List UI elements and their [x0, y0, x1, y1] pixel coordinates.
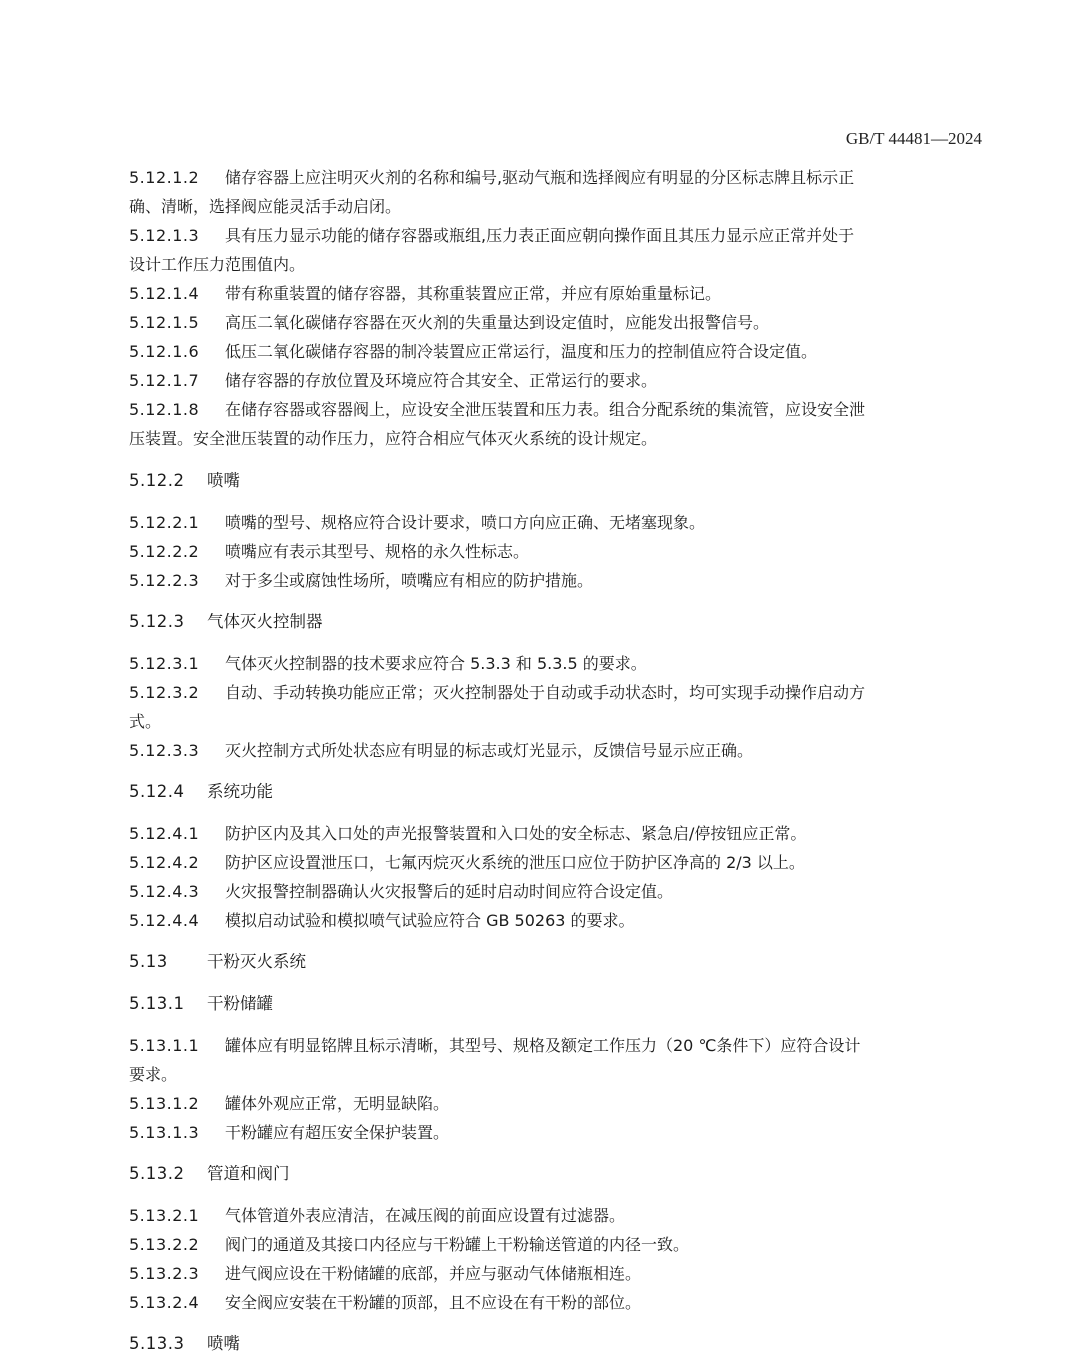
- clause: 5.12.3.3灭火控制方式所处状态应有明显的标志或灯光显示，反馈信号显示应正确…: [129, 741, 753, 761]
- clause: 5.12.4.4模拟启动试验和模拟喷气试验应符合 GB 50263 的要求。: [129, 911, 635, 931]
- clause-text: 确、清晰，选择阀应能灵活手动启闭。: [129, 197, 401, 216]
- clause-number: 5.12.3: [129, 612, 207, 632]
- clause-number: 5.12.4.3: [129, 882, 225, 902]
- clause: 5.13.2.2阀门的通道及其接口内径应与干粉罐上干粉输送管道的内径一致。: [129, 1235, 689, 1255]
- clause-text: 喷嘴: [207, 471, 240, 490]
- clause-number: 5.12.2.3: [129, 571, 225, 591]
- clause: 5.12.1.5高压二氧化碳储存容器在灭火剂的失重量达到设定值时，应能发出报警信…: [129, 313, 769, 333]
- clause-text: 罐体应有明显铭牌且标示清晰，其型号、规格及额定工作压力（20 ℃条件下）应符合设…: [225, 1036, 860, 1055]
- clause-number: 5.12.1.4: [129, 284, 225, 304]
- clause-text: 储存容器的存放位置及环境应符合其安全、正常运行的要求。: [225, 371, 657, 390]
- clause-continuation: 式。: [129, 712, 161, 732]
- clause-number: 5.12.4.2: [129, 853, 225, 873]
- clause: 5.13.2.4安全阀应安装在干粉罐的顶部，且不应设在有干粉的部位。: [129, 1293, 641, 1313]
- clause-text: 具有压力显示功能的储存容器或瓶组,压力表正面应朝向操作面且其压力显示应正常并处于: [225, 226, 854, 245]
- clause-continuation: 要求。: [129, 1065, 177, 1085]
- clause-text: 安全阀应安装在干粉罐的顶部，且不应设在有干粉的部位。: [225, 1293, 641, 1312]
- clause: 5.12.1.7储存容器的存放位置及环境应符合其安全、正常运行的要求。: [129, 371, 657, 391]
- clause: 5.12.4.2防护区应设置泄压口，七氟丙烷灭火系统的泄压口应位于防护区净高的 …: [129, 853, 805, 873]
- clause-number: 5.12.1.6: [129, 342, 225, 362]
- clause-text: 喷嘴: [207, 1334, 240, 1353]
- clause-number: 5.12.3.1: [129, 654, 225, 674]
- clause-number: 5.13.2: [129, 1164, 207, 1184]
- clause-text: 在储存容器或容器阀上，应设安全泄压装置和压力表。组合分配系统的集流管，应设安全泄: [225, 400, 865, 419]
- clause: 5.13.1.1罐体应有明显铭牌且标示清晰，其型号、规格及额定工作压力（20 ℃…: [129, 1036, 860, 1056]
- clause-number: 5.13.1.1: [129, 1036, 225, 1056]
- clause: 5.13.2.1气体管道外表应清洁，在减压阀的前面应设置有过滤器。: [129, 1206, 625, 1226]
- clause-number: 5.12.2.1: [129, 513, 225, 533]
- clause-number: 5.13.1: [129, 994, 207, 1014]
- clause: 5.13.2.3进气阀应设在干粉储罐的底部，并应与驱动气体储瓶相连。: [129, 1264, 641, 1284]
- clause-text: 高压二氧化碳储存容器在灭火剂的失重量达到设定值时，应能发出报警信号。: [225, 313, 769, 332]
- clause-number: 5.13: [129, 952, 207, 972]
- clause-text: 气体灭火控制器: [207, 612, 323, 631]
- clause-text: 带有称重装置的储存容器，其称重装置应正常，并应有原始重量标记。: [225, 284, 721, 303]
- clause-continuation: 确、清晰，选择阀应能灵活手动启闭。: [129, 197, 401, 217]
- clause: 5.12.1.2储存容器上应注明灭火剂的名称和编号,驱动气瓶和选择阀应有明显的分…: [129, 168, 854, 188]
- section-heading: 5.12.4系统功能: [129, 782, 273, 802]
- clause-continuation: 设计工作压力范围值内。: [129, 255, 305, 275]
- section-heading: 5.13干粉灭火系统: [129, 952, 306, 972]
- clause-number: 5.13.2.3: [129, 1264, 225, 1284]
- clause-text: 对于多尘或腐蚀性场所，喷嘴应有相应的防护措施。: [225, 571, 593, 590]
- clause-text: 干粉罐应有超压安全保护装置。: [225, 1123, 449, 1142]
- clause-text: 罐体外观应正常，无明显缺陷。: [225, 1094, 449, 1113]
- clause-number: 5.13.1.2: [129, 1094, 225, 1114]
- clause-text: 喷嘴应有表示其型号、规格的永久性标志。: [225, 542, 529, 561]
- clause-text: 进气阀应设在干粉储罐的底部，并应与驱动气体储瓶相连。: [225, 1264, 641, 1283]
- clause-text: 要求。: [129, 1065, 177, 1084]
- clause-number: 5.12.2.2: [129, 542, 225, 562]
- clause: 5.12.2.3对于多尘或腐蚀性场所，喷嘴应有相应的防护措施。: [129, 571, 593, 591]
- clause: 5.12.1.6低压二氧化碳储存容器的制冷装置应正常运行，温度和压力的控制值应符…: [129, 342, 817, 362]
- clause-text: 模拟启动试验和模拟喷气试验应符合 GB 50263 的要求。: [225, 911, 635, 930]
- section-heading: 5.12.2喷嘴: [129, 471, 240, 491]
- clause-text: 式。: [129, 712, 161, 731]
- section-heading: 5.13.1干粉储罐: [129, 994, 273, 1014]
- clause-text: 防护区内及其入口处的声光报警装置和入口处的安全标志、紧急启/停按钮应正常。: [225, 824, 806, 843]
- clause-text: 气体管道外表应清洁，在减压阀的前面应设置有过滤器。: [225, 1206, 625, 1225]
- clause-text: 气体灭火控制器的技术要求应符合 5.3.3 和 5.3.5 的要求。: [225, 654, 647, 673]
- clause-text: 喷嘴的型号、规格应符合设计要求，喷口方向应正确、无堵塞现象。: [225, 513, 705, 532]
- clause-text: 低压二氧化碳储存容器的制冷装置应正常运行，温度和压力的控制值应符合设定值。: [225, 342, 817, 361]
- section-heading: 5.13.3喷嘴: [129, 1334, 240, 1354]
- clause-number: 5.12.1.2: [129, 168, 225, 188]
- clause: 5.12.3.2自动、手动转换功能应正常；灭火控制器处于自动或手动状态时，均可实…: [129, 683, 865, 703]
- clause: 5.12.3.1气体灭火控制器的技术要求应符合 5.3.3 和 5.3.5 的要…: [129, 654, 647, 674]
- clause-number: 5.12.1.5: [129, 313, 225, 333]
- clause-number: 5.12.3.2: [129, 683, 225, 703]
- clause-text: 压装置。安全泄压装置的动作压力，应符合相应气体灭火系统的设计规定。: [129, 429, 657, 448]
- clause-number: 5.13.1.3: [129, 1123, 225, 1143]
- clause-text: 干粉灭火系统: [207, 952, 306, 971]
- clause-text: 系统功能: [207, 782, 273, 801]
- clause-number: 5.12.1.3: [129, 226, 225, 246]
- clause-number: 5.13.2.2: [129, 1235, 225, 1255]
- clause: 5.12.1.3具有压力显示功能的储存容器或瓶组,压力表正面应朝向操作面且其压力…: [129, 226, 854, 246]
- clause: 5.12.2.2喷嘴应有表示其型号、规格的永久性标志。: [129, 542, 529, 562]
- clause: 5.13.1.2罐体外观应正常，无明显缺陷。: [129, 1094, 449, 1114]
- clause-text: 自动、手动转换功能应正常；灭火控制器处于自动或手动状态时，均可实现手动操作启动方: [225, 683, 865, 702]
- clause-number: 5.12.2: [129, 471, 207, 491]
- section-heading: 5.13.2管道和阀门: [129, 1164, 290, 1184]
- clause: 5.12.1.8在储存容器或容器阀上，应设安全泄压装置和压力表。组合分配系统的集…: [129, 400, 865, 420]
- clause-continuation: 压装置。安全泄压装置的动作压力，应符合相应气体灭火系统的设计规定。: [129, 429, 657, 449]
- clause-number: 5.12.1.8: [129, 400, 225, 420]
- clause-text: 阀门的通道及其接口内径应与干粉罐上干粉输送管道的内径一致。: [225, 1235, 689, 1254]
- clause-number: 5.12.4: [129, 782, 207, 802]
- clause: 5.12.1.4带有称重装置的储存容器，其称重装置应正常，并应有原始重量标记。: [129, 284, 721, 304]
- clause-text: 火灾报警控制器确认火灾报警后的延时启动时间应符合设定值。: [225, 882, 673, 901]
- clause-text: 储存容器上应注明灭火剂的名称和编号,驱动气瓶和选择阀应有明显的分区标志牌且标示正: [225, 168, 854, 187]
- clause-number: 5.12.3.3: [129, 741, 225, 761]
- clause-text: 设计工作压力范围值内。: [129, 255, 305, 274]
- section-heading: 5.12.3气体灭火控制器: [129, 612, 323, 632]
- clause: 5.13.1.3干粉罐应有超压安全保护装置。: [129, 1123, 449, 1143]
- clause-text: 防护区应设置泄压口，七氟丙烷灭火系统的泄压口应位于防护区净高的 2/3 以上。: [225, 853, 805, 872]
- clause-number: 5.13.2.4: [129, 1293, 225, 1313]
- clause-number: 5.13.3: [129, 1334, 207, 1354]
- clause: 5.12.4.1防护区内及其入口处的声光报警装置和入口处的安全标志、紧急启/停按…: [129, 824, 806, 844]
- clause: 5.12.2.1喷嘴的型号、规格应符合设计要求，喷口方向应正确、无堵塞现象。: [129, 513, 705, 533]
- clause-number: 5.13.2.1: [129, 1206, 225, 1226]
- clause-text: 管道和阀门: [207, 1164, 290, 1183]
- clause-number: 5.12.1.7: [129, 371, 225, 391]
- clause-text: 干粉储罐: [207, 994, 273, 1013]
- clause-number: 5.12.4.4: [129, 911, 225, 931]
- clause-text: 灭火控制方式所处状态应有明显的标志或灯光显示，反馈信号显示应正确。: [225, 741, 753, 760]
- clause-number: 5.12.4.1: [129, 824, 225, 844]
- clause: 5.12.4.3火灾报警控制器确认火灾报警后的延时启动时间应符合设定值。: [129, 882, 673, 902]
- standard-code: GB/T 44481—2024: [846, 129, 982, 149]
